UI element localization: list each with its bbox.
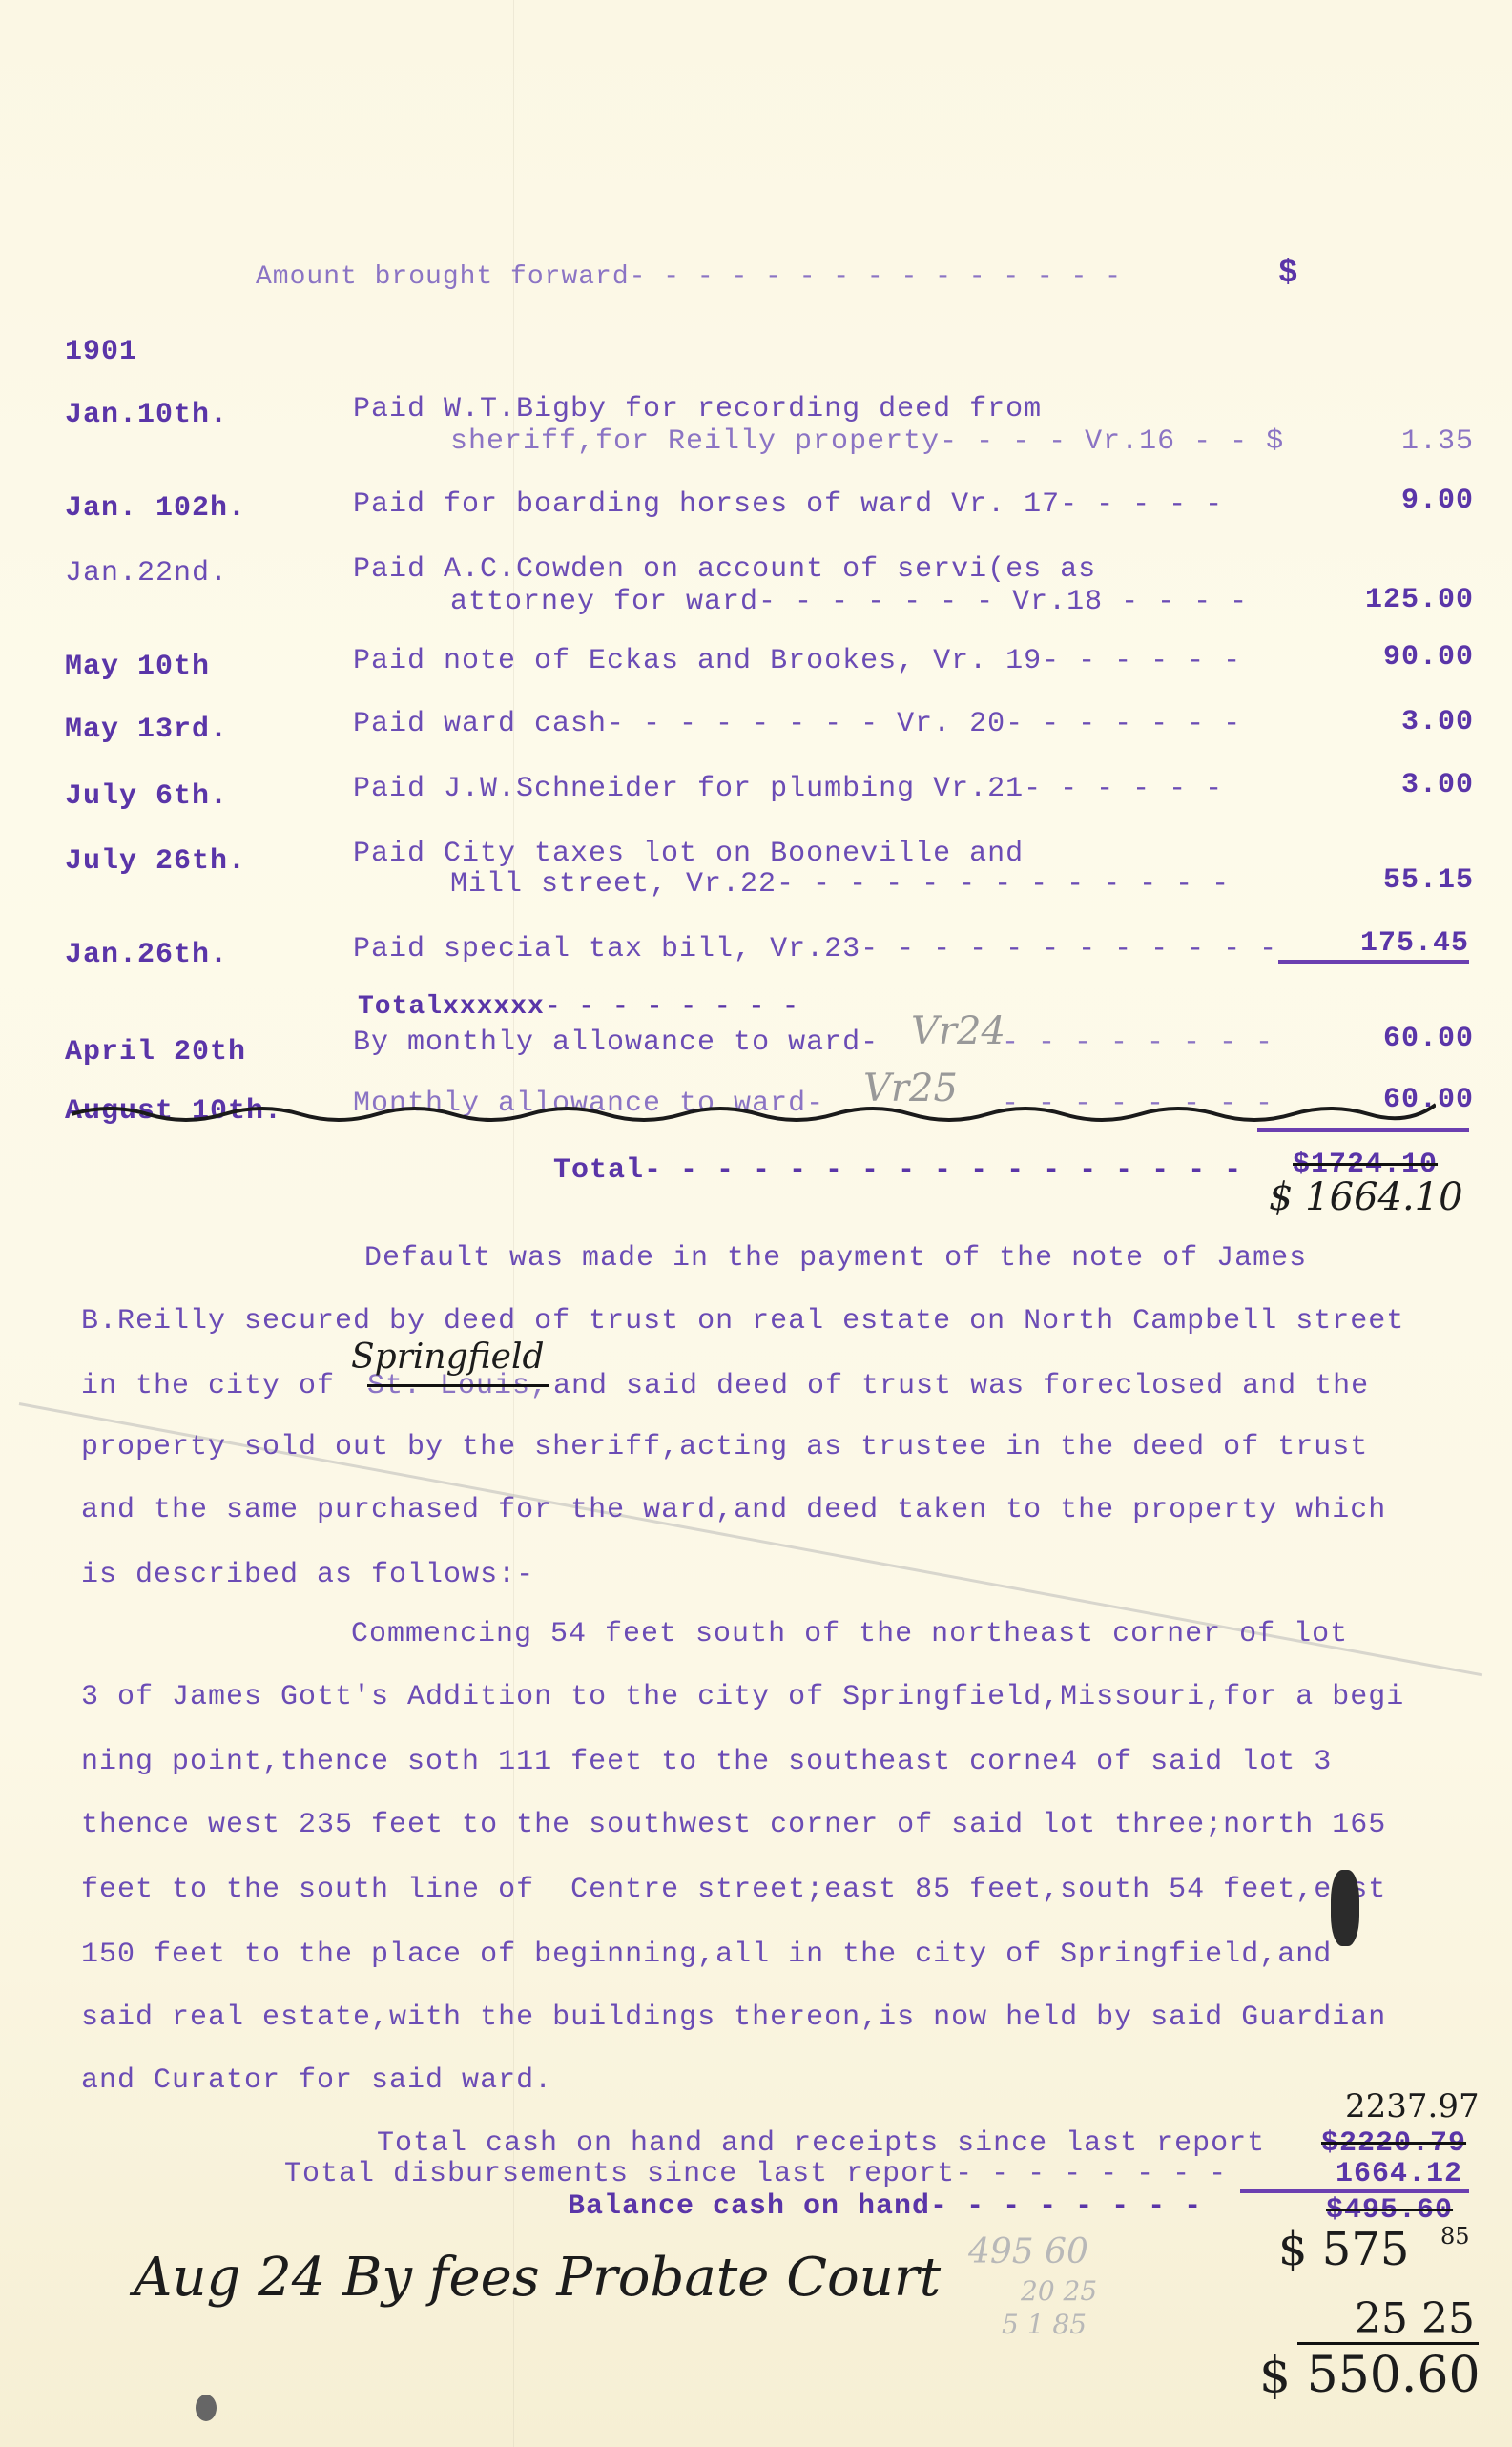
total-underline bbox=[1257, 1128, 1469, 1132]
entry-date: May 13rd. bbox=[65, 714, 228, 746]
paragraph-line: is described as follows:- bbox=[81, 1559, 534, 1591]
entry-description: Paid for boarding horses of ward Vr. 17-… bbox=[353, 488, 1223, 521]
entry-date: July 26th. bbox=[65, 845, 246, 878]
entry-description: Paid W.T.Bigby for recording deed from bbox=[353, 393, 1042, 425]
summary-cash-struck: $2220.79 bbox=[1321, 2127, 1466, 2160]
allowance-date: April 20th bbox=[65, 1036, 246, 1068]
paragraph-line: and said deed of trust was foreclosed an… bbox=[553, 1370, 1369, 1402]
paragraph-line: B.Reilly secured by deed of trust on rea… bbox=[81, 1305, 1404, 1338]
entry-description: Paid special tax bill, Vr.23- - - - - - … bbox=[353, 933, 1277, 965]
brought-forward-currency: $ bbox=[1278, 256, 1298, 292]
entry-amount: 175.45 bbox=[1278, 927, 1469, 964]
description-line: ning point,thence soth 111 feet to the s… bbox=[81, 1746, 1332, 1778]
entry-description-cont: attorney for ward- - - - - - - Vr.18 - -… bbox=[450, 586, 1248, 618]
pencil-note: 20 25 bbox=[1021, 2275, 1097, 2307]
pencil-note: 5 1 85 bbox=[1002, 2309, 1087, 2340]
year-heading: 1901 bbox=[65, 336, 137, 368]
summary-balance-handwritten: $ 575 bbox=[1278, 2223, 1409, 2276]
total-label: Total- - - - - - - - - - - - - - - - - bbox=[553, 1154, 1242, 1187]
entry-description-cont: Mill street, Vr.22- - - - - - - - - - - … bbox=[450, 868, 1230, 901]
entry-amount: 90.00 bbox=[1297, 641, 1474, 674]
entry-date: Jan.26th. bbox=[65, 939, 228, 971]
ink-stain bbox=[1331, 1870, 1359, 1946]
probate-fees-amount: 25 25 bbox=[1355, 2294, 1475, 2343]
summary-underline bbox=[1240, 2189, 1469, 2193]
ink-blot bbox=[196, 2395, 217, 2421]
summary-disbursements-amount: 1664.12 bbox=[1336, 2158, 1462, 2190]
entry-description-cont: sheriff,for Reilly property- - - - Vr.16… bbox=[450, 425, 1284, 458]
description-line: 150 feet to the place of beginning,all i… bbox=[81, 1939, 1332, 1971]
entry-date: Jan.22nd. bbox=[65, 557, 228, 590]
paragraph-line: Default was made in the payment of the n… bbox=[364, 1242, 1307, 1275]
entry-description: Paid note of Eckas and Brookes, Vr. 19- … bbox=[353, 645, 1241, 677]
entry-amount: 3.00 bbox=[1297, 769, 1474, 801]
entry-date: Jan. 102h. bbox=[65, 492, 246, 525]
entry-date: May 10th bbox=[65, 651, 210, 683]
entry-amount: 125.00 bbox=[1297, 584, 1474, 616]
entry-description: Paid ward cash- - - - - - - - Vr. 20- - … bbox=[353, 708, 1241, 740]
summary-disbursements-label: Total disbursements since last report- -… bbox=[284, 2158, 1227, 2190]
allowance-dashes: - - - - - - - - bbox=[1002, 1026, 1274, 1059]
summary-balance-label: Balance cash on hand- - - - - - - - bbox=[568, 2190, 1202, 2223]
wavy-strikeout-line bbox=[72, 1097, 1436, 1126]
entry-amount: 9.00 bbox=[1297, 485, 1474, 517]
entry-amount: 3.00 bbox=[1297, 706, 1474, 738]
summary-cash-handwritten: 2237.97 bbox=[1345, 2087, 1480, 2126]
city-handwritten: Springfield bbox=[351, 1338, 545, 1377]
brought-forward-label: Amount brought forward- - - - - - - - - … bbox=[256, 262, 1122, 292]
paragraph-line: in the city of bbox=[81, 1370, 353, 1402]
description-line: said real estate,with the buildings ther… bbox=[81, 2001, 1386, 2034]
entry-description: Paid A.C.Cowden on account of servi(es a… bbox=[353, 553, 1096, 586]
probate-fees-note: Aug 24 By fees Probate Court bbox=[134, 2247, 941, 2309]
entry-description: Paid City taxes lot on Booneville and bbox=[353, 838, 1024, 870]
final-balance: $ 550.60 bbox=[1259, 2347, 1481, 2404]
totalxxx-label: Totalxxxxxx- - - - - - - - bbox=[358, 992, 799, 1022]
final-balance-rule bbox=[1297, 2342, 1479, 2345]
summary-balance-struck: $495.60 bbox=[1326, 2194, 1453, 2227]
paragraph-line: property sold out by the sheriff,acting … bbox=[81, 1431, 1368, 1463]
description-line: feet to the south line of Centre street;… bbox=[81, 1874, 1386, 1906]
pencil-note: 495 60 bbox=[968, 2232, 1088, 2271]
entry-amount: 55.15 bbox=[1297, 864, 1474, 897]
summary-balance-cents: 85 bbox=[1440, 2223, 1470, 2250]
entry-date: Jan.10th. bbox=[65, 399, 228, 431]
allowance-amount: 60.00 bbox=[1297, 1023, 1474, 1055]
description-line: 3 of James Gott's Addition to the city o… bbox=[81, 1681, 1404, 1713]
allowance-voucher-handwritten: Vr24 bbox=[911, 1009, 1005, 1053]
paragraph-line: and the same purchased for the ward,and … bbox=[81, 1494, 1386, 1526]
summary-cash-label: Total cash on hand and receipts since la… bbox=[377, 2127, 1265, 2160]
entry-description: Paid J.W.Schneider for plumbing Vr.21- -… bbox=[353, 773, 1223, 805]
entry-date: July 6th. bbox=[65, 780, 228, 813]
allowance-text: By monthly allowance to ward- bbox=[353, 1026, 879, 1059]
description-line: thence west 235 feet to the southwest co… bbox=[81, 1809, 1386, 1841]
entry-amount: 1.35 bbox=[1297, 425, 1474, 458]
description-line: and Curator for said ward. bbox=[81, 2064, 552, 2097]
total-handwritten: $ 1664.10 bbox=[1269, 1175, 1463, 1219]
description-line: Commencing 54 feet south of the northeas… bbox=[351, 1618, 1348, 1650]
